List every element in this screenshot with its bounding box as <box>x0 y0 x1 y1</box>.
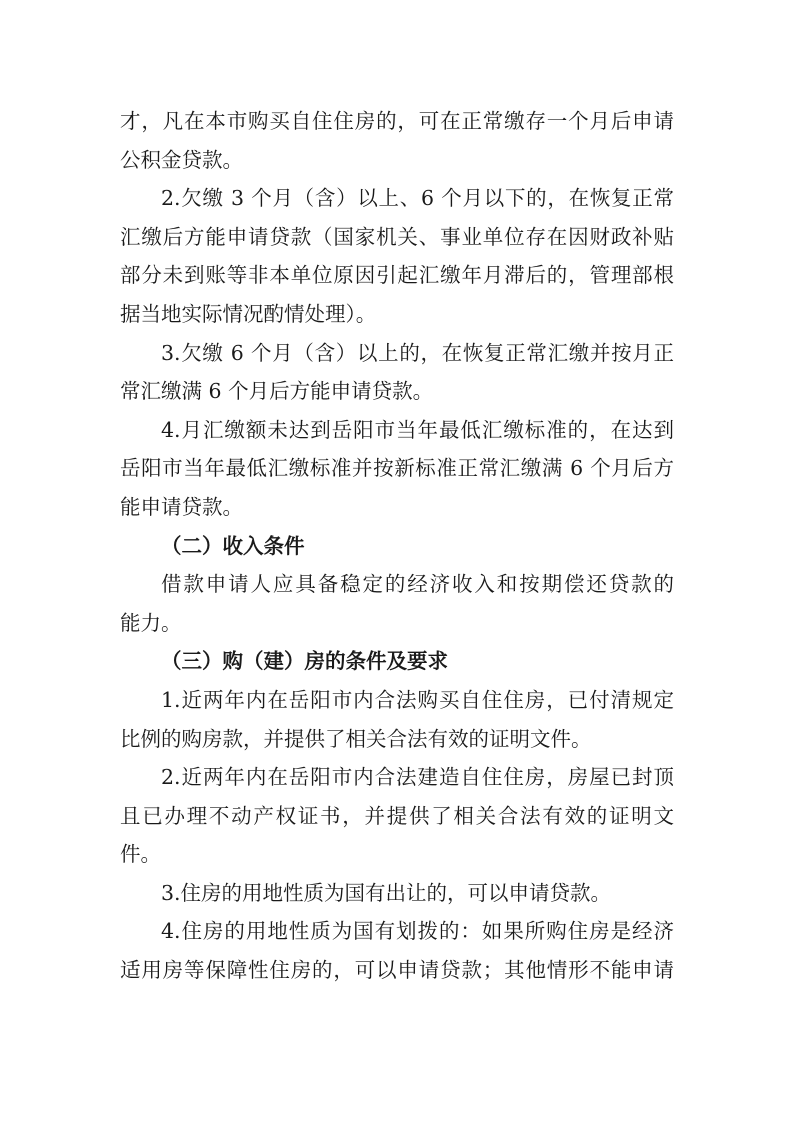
text-line: 常汇缴满 6 个月后方能申请贷款。 <box>120 372 674 411</box>
text-line: 件。 <box>120 835 674 874</box>
text-line: 能申请贷款。 <box>120 488 674 527</box>
list-item-2: 2.近两年内在岳阳市内合法建造自住住房，房屋已封顶 <box>120 758 674 797</box>
section-heading-housing: （三）购（建）房的条件及要求 <box>120 642 674 681</box>
text-line: 才，凡在本市购买自住住房的，可在正常缴存一个月后申请 <box>120 102 674 141</box>
text-line: 比例的购房款，并提供了相关合法有效的证明文件。 <box>120 720 674 759</box>
section-heading-income: （二）收入条件 <box>120 527 674 566</box>
text-line: 适用房等保障性住房的，可以申请贷款；其他情形不能申请 <box>120 951 674 990</box>
text-line: 且已办理不动产权证书，并提供了相关合法有效的证明文 <box>120 797 674 836</box>
text-line: 岳阳市当年最低汇缴标准并按新标准正常汇缴满 6 个月后方 <box>120 449 674 488</box>
text-line: 汇缴后方能申请贷款（国家机关、事业单位存在因财政补贴 <box>120 218 674 257</box>
list-item-3: 3.欠缴 6 个月（含）以上的，在恢复正常汇缴并按月正 <box>120 334 674 373</box>
text-line: 公积金贷款。 <box>120 141 674 180</box>
list-item-1: 1.近两年内在岳阳市内合法购买自住住房，已付清规定 <box>120 681 674 720</box>
list-item-3: 3.住房的用地性质为国有出让的，可以申请贷款。 <box>120 874 674 913</box>
text-line: 部分未到账等非本单位原因引起汇缴年月滞后的，管理部根 <box>120 256 674 295</box>
paragraph-income: 借款申请人应具备稳定的经济收入和按期偿还贷款的 <box>120 565 674 604</box>
list-item-4: 4.住房的用地性质为国有划拨的：如果所购住房是经济 <box>120 912 674 951</box>
text-line: 能力。 <box>120 604 674 643</box>
list-item-2: 2.欠缴 3 个月（含）以上、6 个月以下的，在恢复正常 <box>120 179 674 218</box>
document-page: 才，凡在本市购买自住住房的，可在正常缴存一个月后申请 公积金贷款。 2.欠缴 3… <box>120 102 674 990</box>
list-item-4: 4.月汇缴额未达到岳阳市当年最低汇缴标准的，在达到 <box>120 411 674 450</box>
text-line: 据当地实际情况酌情处理）。 <box>120 295 674 334</box>
